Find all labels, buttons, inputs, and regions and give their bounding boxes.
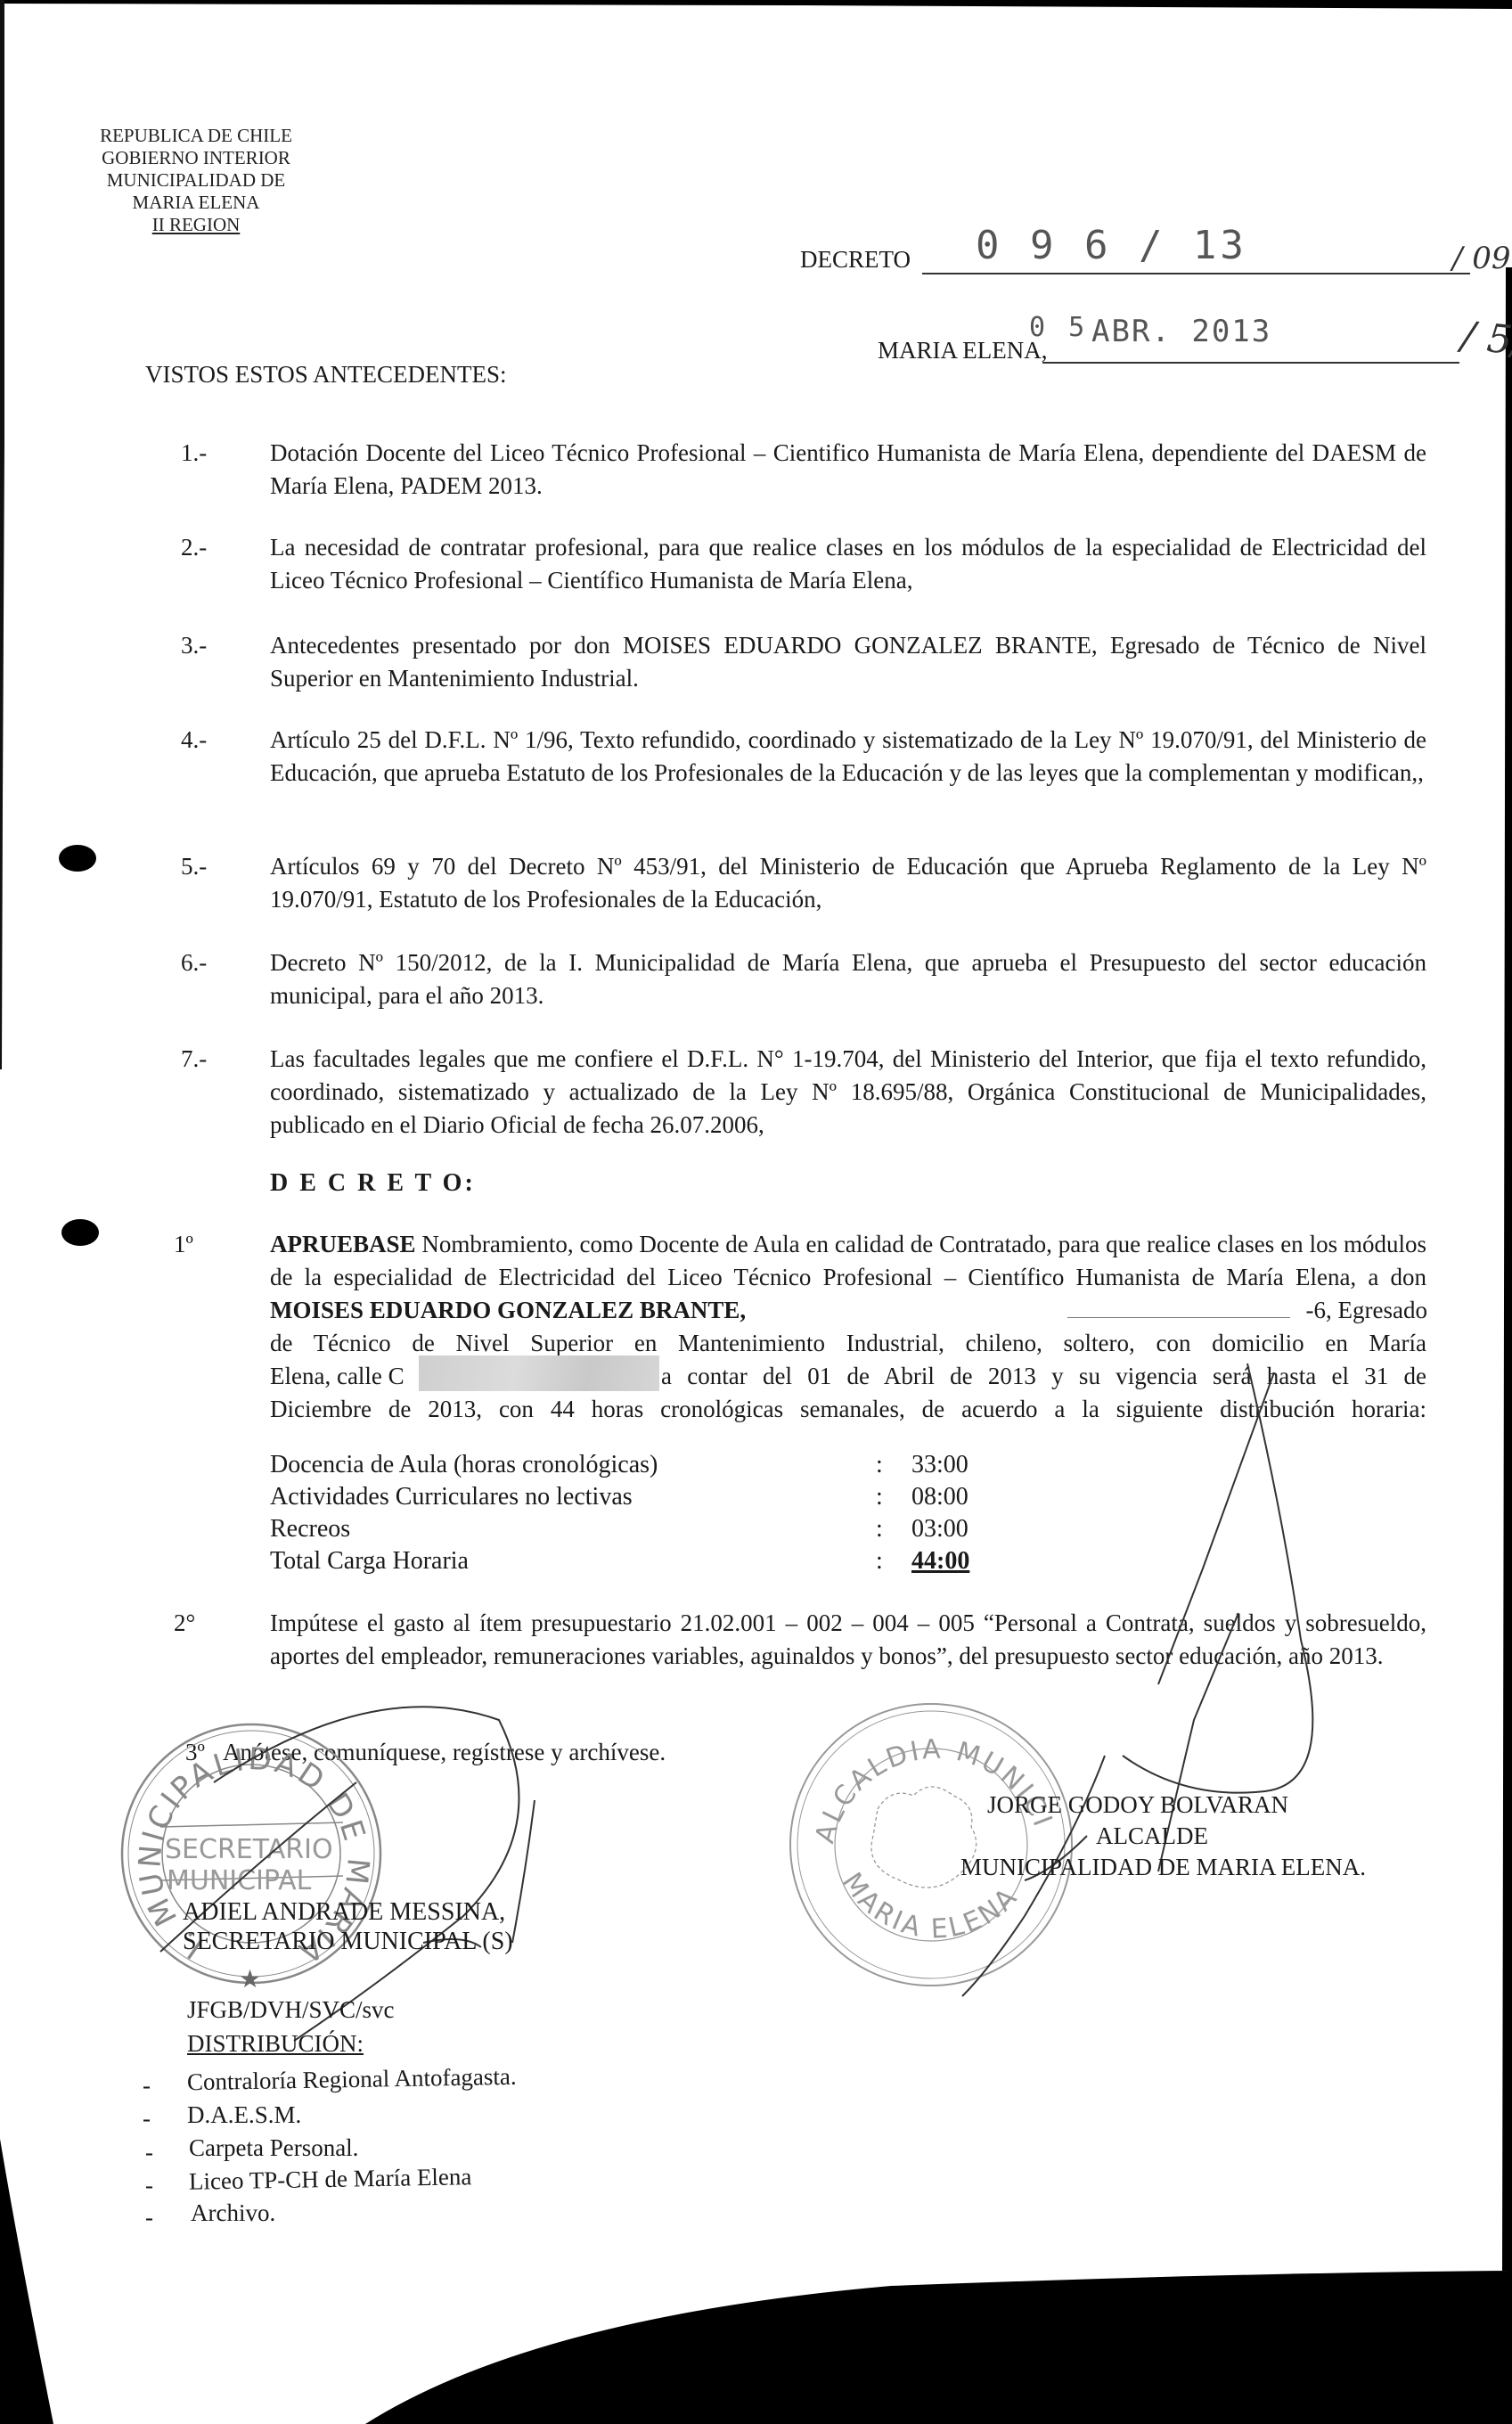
vistos-item-text: Antecedentes presentado por don MOISES E…	[270, 629, 1426, 695]
schedule-value: 03:00	[911, 1513, 968, 1545]
letterhead-line: MARIA ELENA	[89, 192, 303, 214]
distribution-bullet: -	[143, 2072, 151, 2100]
distribution-item: D.A.E.S.M.	[187, 2101, 301, 2129]
resolution-2-text: Impútese el gasto al ítem presupuestario…	[270, 1607, 1426, 1673]
letterhead-line: GOBIERNO INTERIOR	[89, 147, 303, 169]
resolution-number: 3º	[185, 1736, 205, 1769]
letterhead-region: II REGION	[89, 214, 303, 236]
resolution-1-lead: APRUEBASE	[270, 1231, 416, 1257]
distribution-bullet: -	[145, 2172, 153, 2199]
distribution-title: DISTRIBUCIÓN:	[187, 2030, 364, 2058]
vistos-item-number: 5.-	[181, 850, 207, 883]
resolution-3-text: Anótese, comuníquese, regístrese y archí…	[223, 1736, 666, 1769]
resolution-1-line6: Diciembre de 2013, con 44 horas cronológ…	[270, 1393, 1426, 1426]
schedule-colon: :	[876, 1513, 883, 1545]
vistos-item-text: Dotación Docente del Liceo Técnico Profe…	[270, 437, 1426, 503]
resolution-1-text: APRUEBASE Nombramiento, como Docente de …	[270, 1228, 1426, 1327]
vistos-item-number: 6.-	[181, 946, 207, 979]
letterhead-line: MUNICIPALIDAD DE	[89, 169, 303, 192]
letterhead-line: REPUBLICA DE CHILE	[89, 125, 303, 147]
letterhead: REPUBLICA DE CHILE GOBIERNO INTERIOR MUN…	[89, 125, 303, 236]
schedule-total-value: 44:00	[911, 1545, 969, 1577]
resolution-number: 2°	[174, 1607, 195, 1640]
schedule-label: Total Carga Horaria	[270, 1545, 469, 1577]
vistos-item-text: Decreto Nº 150/2012, de la I. Municipali…	[270, 946, 1426, 1012]
punch-hole-lower	[61, 1219, 99, 1246]
schedule-label: Recreos	[270, 1513, 350, 1545]
vistos-item-text: Artículo 25 del D.F.L. Nº 1/96, Texto re…	[270, 724, 1426, 790]
mayor-title: ALCALDE	[1096, 1822, 1208, 1850]
resolution-1-body: Nombramiento, como Docente de Aula en ca…	[270, 1231, 1426, 1290]
schedule-colon: :	[876, 1481, 883, 1513]
redacted-address	[419, 1355, 659, 1391]
resolution-1-line5b: a contar del 01 de Abril de 2013 y su vi…	[661, 1360, 1426, 1393]
schedule-colon: :	[876, 1449, 883, 1481]
schedule-colon: :	[876, 1545, 883, 1577]
distribution-item: Archivo.	[191, 2199, 275, 2227]
mayor-name: JORGE GODOY BOLVARAN	[987, 1791, 1288, 1819]
schedule-value: 33:00	[911, 1449, 968, 1481]
resolution-number: 1º	[174, 1228, 193, 1261]
document-initials: JFGB/DVH/SVC/svc	[187, 1996, 395, 2024]
schedule-value: 08:00	[911, 1481, 968, 1513]
decree-heading: D E C R E T O:	[270, 1169, 476, 1198]
date-stamp-day: 0 5	[1029, 312, 1088, 343]
decree-label: DECRETO	[800, 246, 911, 274]
distribution-item: Contraloría Regional Antofagasta.	[187, 2063, 517, 2096]
resolution-1-line5a: Elena, calle C	[270, 1360, 405, 1393]
decree-number-stamp: 0 9 6 / 13	[976, 223, 1247, 268]
vistos-title: VISTOS ESTOS ANTECEDENTES:	[145, 361, 507, 389]
vistos-item-text: Artículos 69 y 70 del Decreto Nº 453/91,…	[270, 850, 1426, 916]
vistos-item-number: 7.-	[181, 1043, 207, 1076]
punch-hole-upper	[59, 845, 96, 872]
secretary-name: ADIEL ANDRADE MESSINA,	[183, 1898, 505, 1927]
secretary-title: SECRETARIO MUNICIPAL (S)	[183, 1928, 513, 1956]
vistos-item-text: La necesidad de contratar profesional, p…	[270, 531, 1426, 597]
vistos-item-text: Las facultades legales que me confiere e…	[270, 1043, 1426, 1142]
decree-number-underline	[922, 273, 1470, 274]
appointee-name: MOISES EDUARDO GONZALEZ BRANTE,	[270, 1297, 746, 1323]
distribution-bullet: -	[145, 2139, 153, 2166]
distribution-item: Carpeta Personal.	[189, 2134, 358, 2162]
schedule-label: Actividades Curriculares no lectivas	[270, 1481, 633, 1513]
distribution-bullet: -	[143, 2105, 151, 2133]
distribution-bullet: -	[145, 2204, 153, 2232]
place-label: MARIA ELENA,	[878, 337, 1048, 364]
date-stamp-month-year: ABR. 2013	[1091, 314, 1271, 349]
decree-number-handwritten: / 09(	[1452, 241, 1512, 276]
date-underline	[1042, 362, 1459, 364]
schedule-label: Docencia de Aula (horas cronológicas)	[270, 1449, 658, 1481]
vistos-item-number: 2.-	[181, 531, 207, 564]
vistos-item-number: 3.-	[181, 629, 207, 662]
vistos-item-number: 1.-	[181, 437, 207, 470]
vistos-item-number: 4.-	[181, 724, 207, 757]
mayor-organization: MUNICIPALIDAD DE MARIA ELENA.	[960, 1854, 1366, 1881]
rut-blank	[1067, 1317, 1290, 1318]
rut-suffix: -6, Egresado	[1299, 1294, 1427, 1327]
distribution-item: Liceo TP-CH de María Elena	[189, 2163, 472, 2196]
